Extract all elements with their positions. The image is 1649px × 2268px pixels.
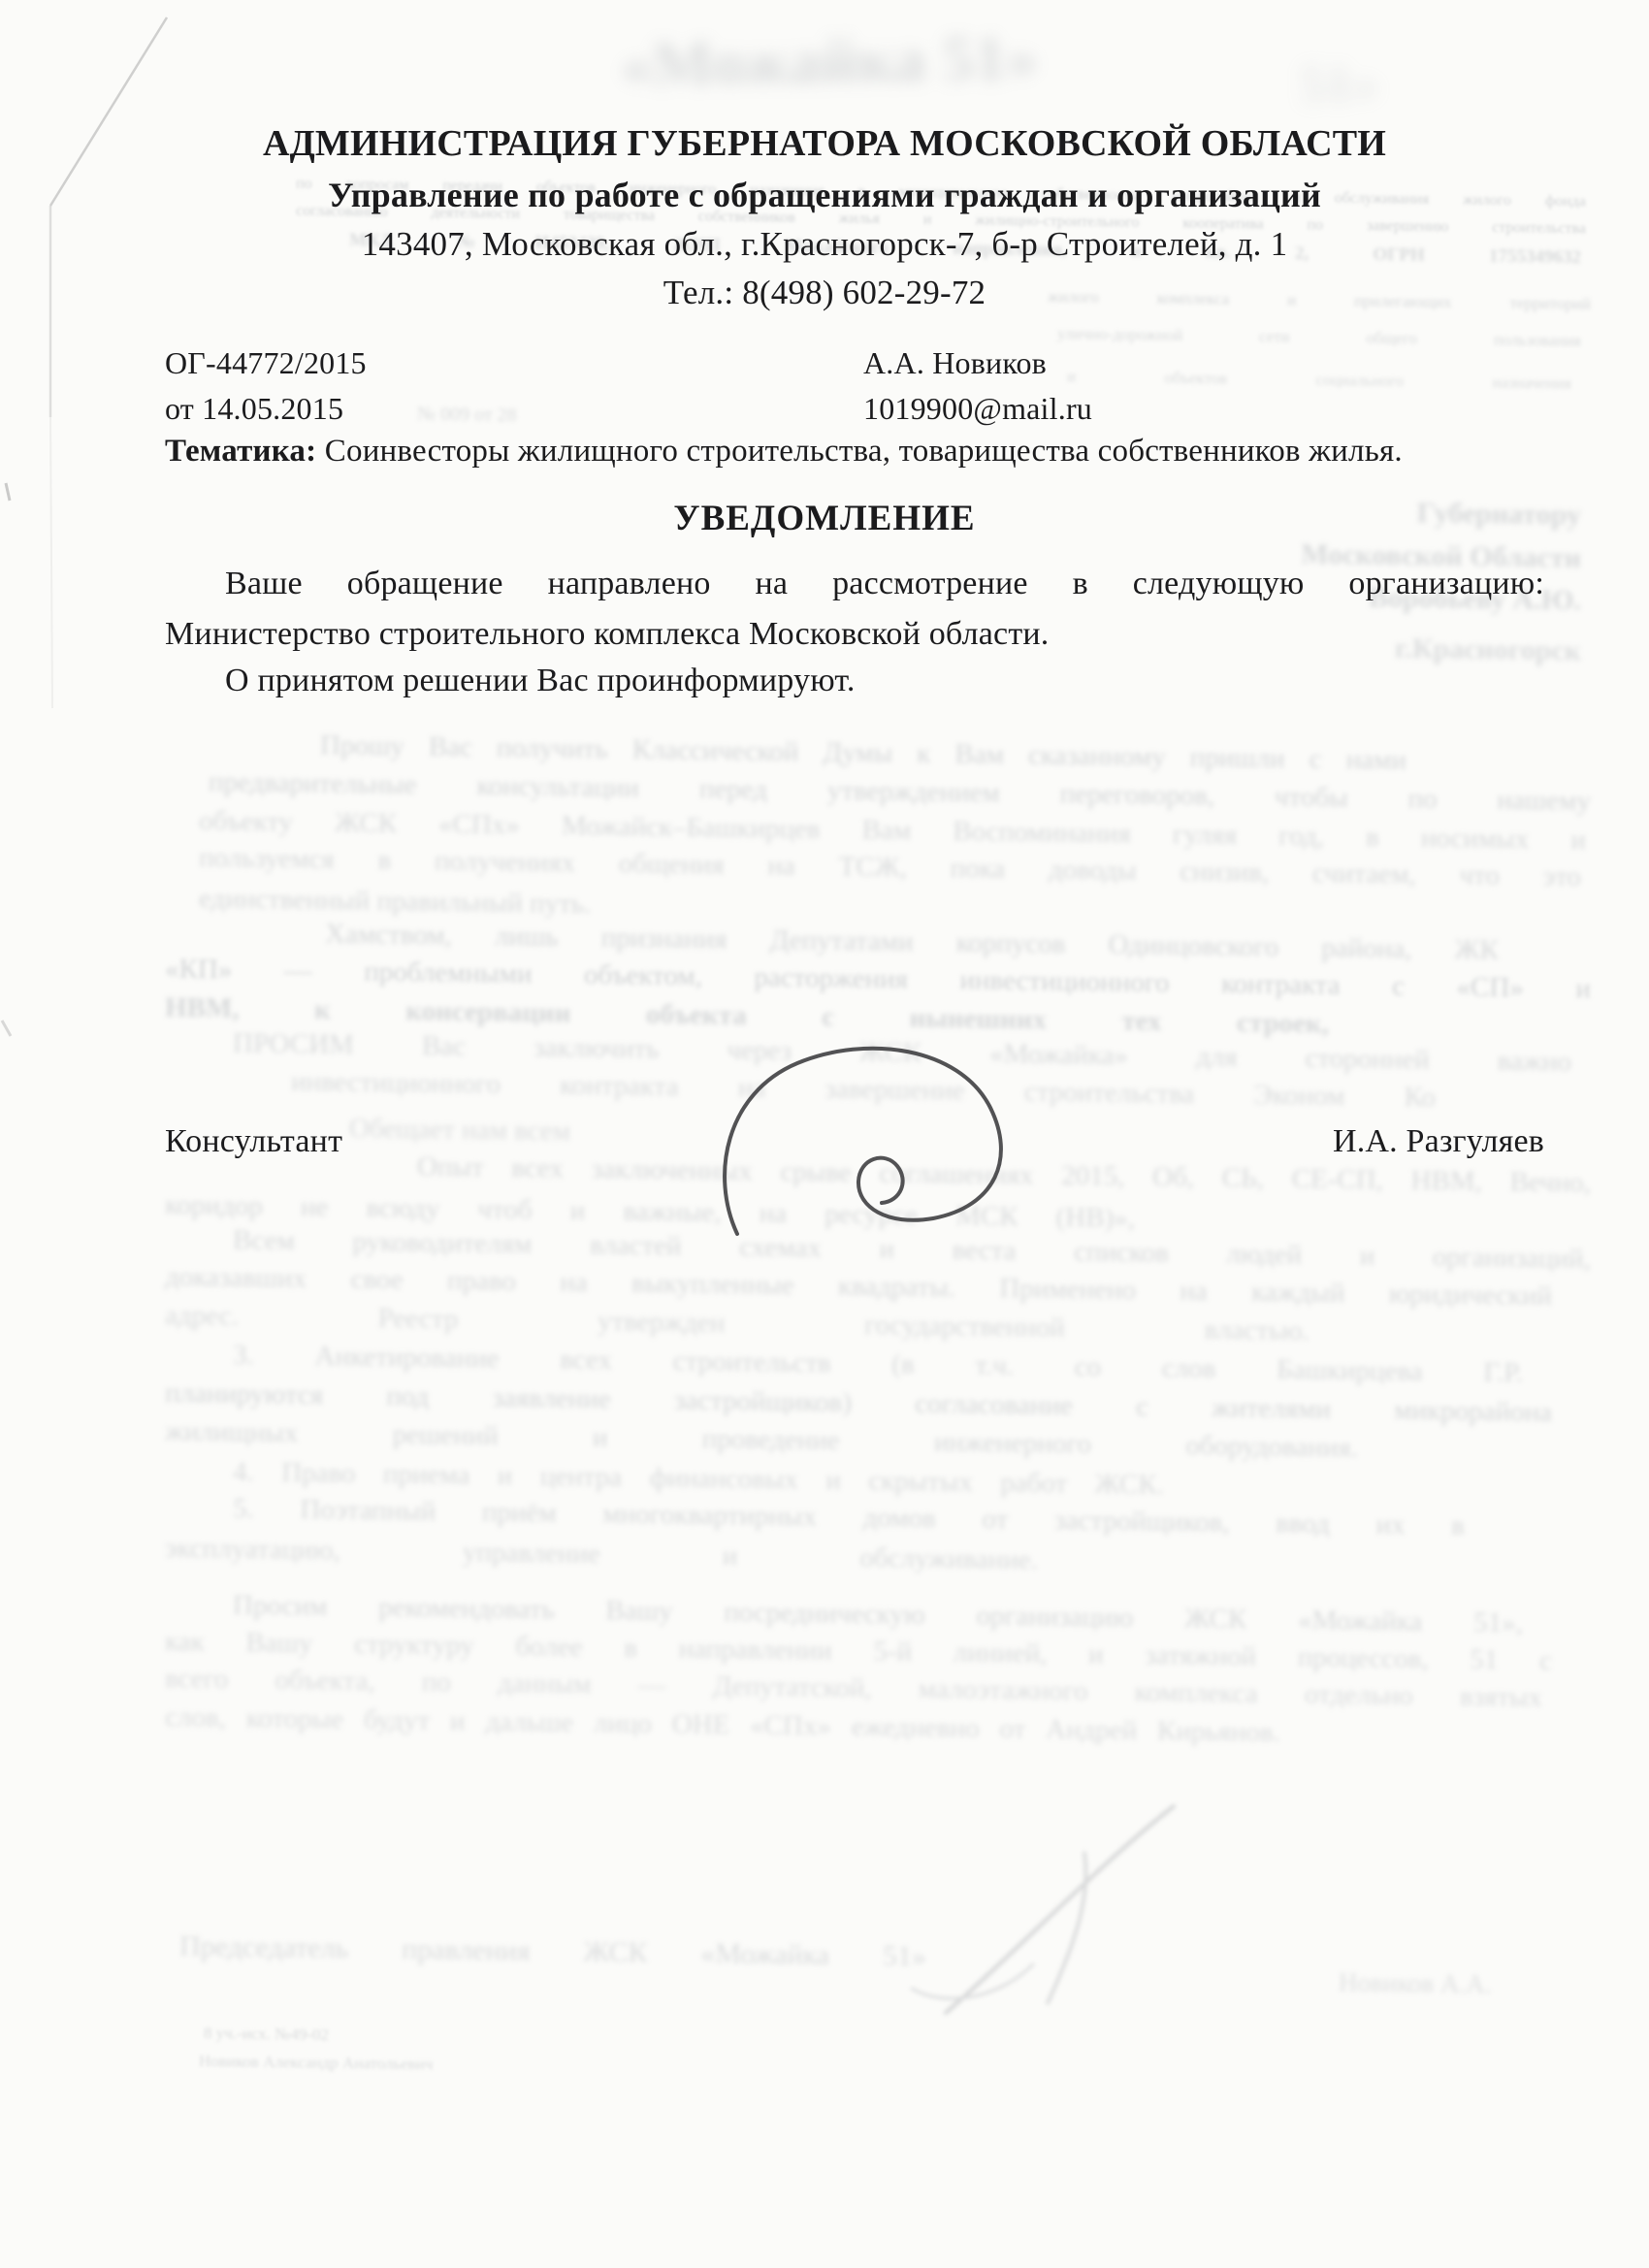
signature-stroke xyxy=(669,1040,1048,1244)
document-page: «Можайка 51»51»по вопросам передачи объе… xyxy=(0,0,1649,2268)
body-line-3: О принятом решении Вас проинформируют. xyxy=(165,658,1544,704)
subject-line: Тематика: Соинвесторы жилищного строител… xyxy=(165,434,1552,470)
document-title: УВЕДОМЛЕНИЕ xyxy=(0,498,1649,539)
org-phone: Тел.: 8(498) 602-29-72 xyxy=(0,274,1649,312)
subject-text: Соинвесторы жилищного строительства, тов… xyxy=(316,434,1402,469)
ghost-signature-stroke xyxy=(892,1795,1261,2037)
reference-number: ОГ-44772/2015 xyxy=(165,345,367,381)
body-line-1: Ваше обращение направлено на рассмотрени… xyxy=(165,561,1544,607)
org-department: Управление по работе с обращениями гражд… xyxy=(0,175,1649,215)
page-edge-shadow-fade xyxy=(50,417,52,708)
edge-mark xyxy=(2,1021,11,1036)
org-name: АДМИНИСТРАЦИЯ ГУБЕРНАТОРА МОСКОВСКОЙ ОБЛ… xyxy=(0,122,1649,165)
signer-name: И.А. Разгуляев xyxy=(1137,1123,1544,1160)
contact-email: 1019900@mail.ru xyxy=(863,391,1092,427)
reference-date: от 14.05.2015 xyxy=(165,391,343,427)
contact-name: А.А. Новиков xyxy=(863,345,1047,381)
subject-label: Тематика: xyxy=(165,434,316,469)
signer-position: Консультант xyxy=(165,1123,342,1160)
org-address: 143407, Московская обл., г.Красногорск-7… xyxy=(0,225,1649,264)
body-line-2: Министерство строительного комплекса Мос… xyxy=(165,611,1544,658)
